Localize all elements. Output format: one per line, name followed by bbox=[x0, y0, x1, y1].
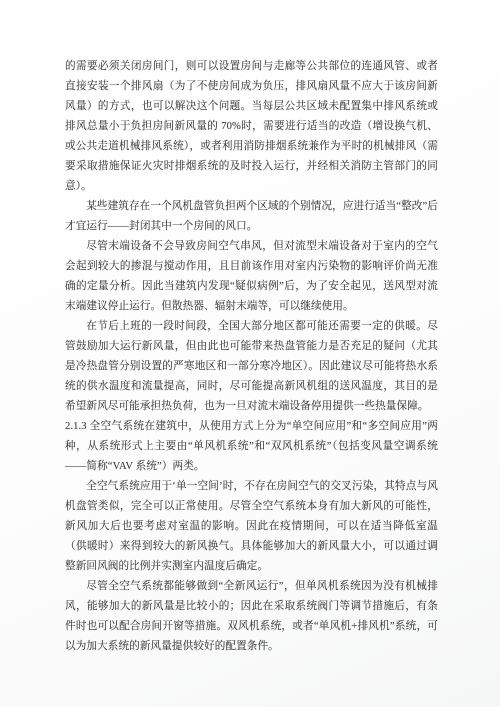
paragraph-continuation: 的需要必须关闭房间门，则可以设置房间与走廊等公共部位的连通风管、或者直接安装一个… bbox=[65, 57, 438, 197]
text-block: 的需要必须关闭房间门，则可以设置房间与走廊等公共部位的连通风管、或者直接安装一个… bbox=[65, 57, 438, 657]
paragraph-section-2-1-3: 2.1.3 全空气系统在建筑中，从使用方式上分为“单空间应用”和“多空间应用”两… bbox=[65, 417, 438, 477]
document-page: 的需要必须关闭房间门，则可以设置房间与走廊等公共部位的连通风管、或者直接安装一个… bbox=[0, 0, 500, 707]
page-number: 3 bbox=[65, 640, 438, 650]
paragraph: 某些建筑存在一个风机盘管负担两个区域的个别情况，应进行适当“整改”后才宜运行——… bbox=[65, 197, 438, 237]
paragraph: 在节后上班的一段时间段，全国大部分地区都可能还需要一定的供暖。尽管鼓励加大运行新… bbox=[65, 317, 438, 417]
paragraph: 全空气系统应用于‘单一空间’时，不存在房间空气的交叉污染，其特点与风机盘管类似，… bbox=[65, 477, 438, 577]
paragraph: 尽管末端设备不会导致房间空气串风，但对流型末端设备对于室内的空气会起到较大的掺混… bbox=[65, 237, 438, 317]
